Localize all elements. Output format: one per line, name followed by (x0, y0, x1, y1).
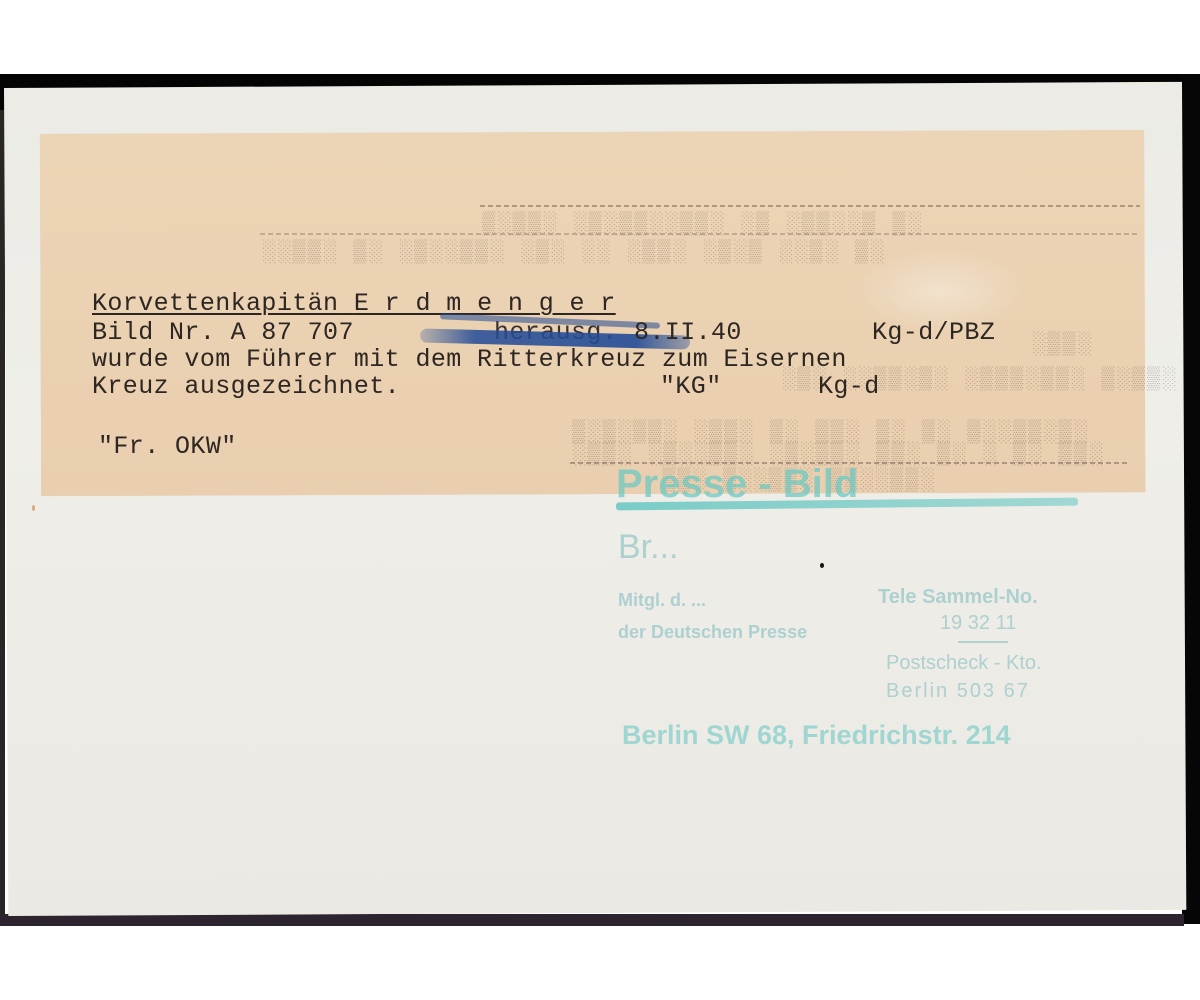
bleed-through-text: ░▒ ░▒░░ ▒░▒░ ░▒▒░ ░░ ░▒░ ░▒▒░░▒░ ░▒ ░▒▒░… (260, 238, 883, 263)
stamp-agency-name: Br... (618, 528, 678, 567)
paper-stain (32, 505, 35, 511)
caption-body-line: wurde vom Führer mit dem Ritterkreuz zum… (92, 347, 847, 373)
bleed-through-text: ░▒ ▒░░▒▒░ ▒░ ░▒▒░░▒▒░▒░ ░▒▒░▒ (480, 210, 921, 235)
stamp-membership-line: Mitgl. d. ... (618, 590, 706, 611)
photo-credit-text: "Fr. OKW" (98, 434, 237, 460)
stamp-address: Berlin SW 68, Friedrichstr. 214 (622, 720, 1011, 751)
stamp-postscheck-number: Berlin 503 67 (886, 680, 1030, 703)
stamp-membership-line: der Deutschen Presse (618, 622, 807, 643)
surname-text: E r d m e n g e r (354, 289, 616, 318)
stamp-tel-number: 19 32 11 (940, 612, 1016, 635)
kg-tag-text: "KG" (660, 374, 722, 400)
bleed-through-rule (480, 205, 1140, 207)
rank-text: Korvettenkapitän (92, 289, 338, 318)
release-date-text: 8.II.40 (634, 320, 742, 346)
scan-frame-bottom (0, 914, 1184, 926)
caption-title-line: Korvettenkapitän E r d m e n g e r (92, 291, 616, 317)
photo-number-text: Bild Nr. A 87 707 (92, 320, 354, 346)
bleed-through-text: ░▒▒░ (1030, 330, 1091, 355)
stamp-tel-label: Tele Sammel-No. (878, 586, 1038, 609)
caption-body-line: Kreuz ausgezeichnet. (92, 374, 400, 400)
stamp-postscheck-label: Postscheck - Kto. (886, 652, 1042, 675)
kg-code-text: Kg-d (818, 374, 880, 400)
ink-speck (820, 563, 824, 568)
agency-code-text: Kg-d/PBZ (872, 320, 995, 346)
stamp-rule (958, 641, 1008, 643)
